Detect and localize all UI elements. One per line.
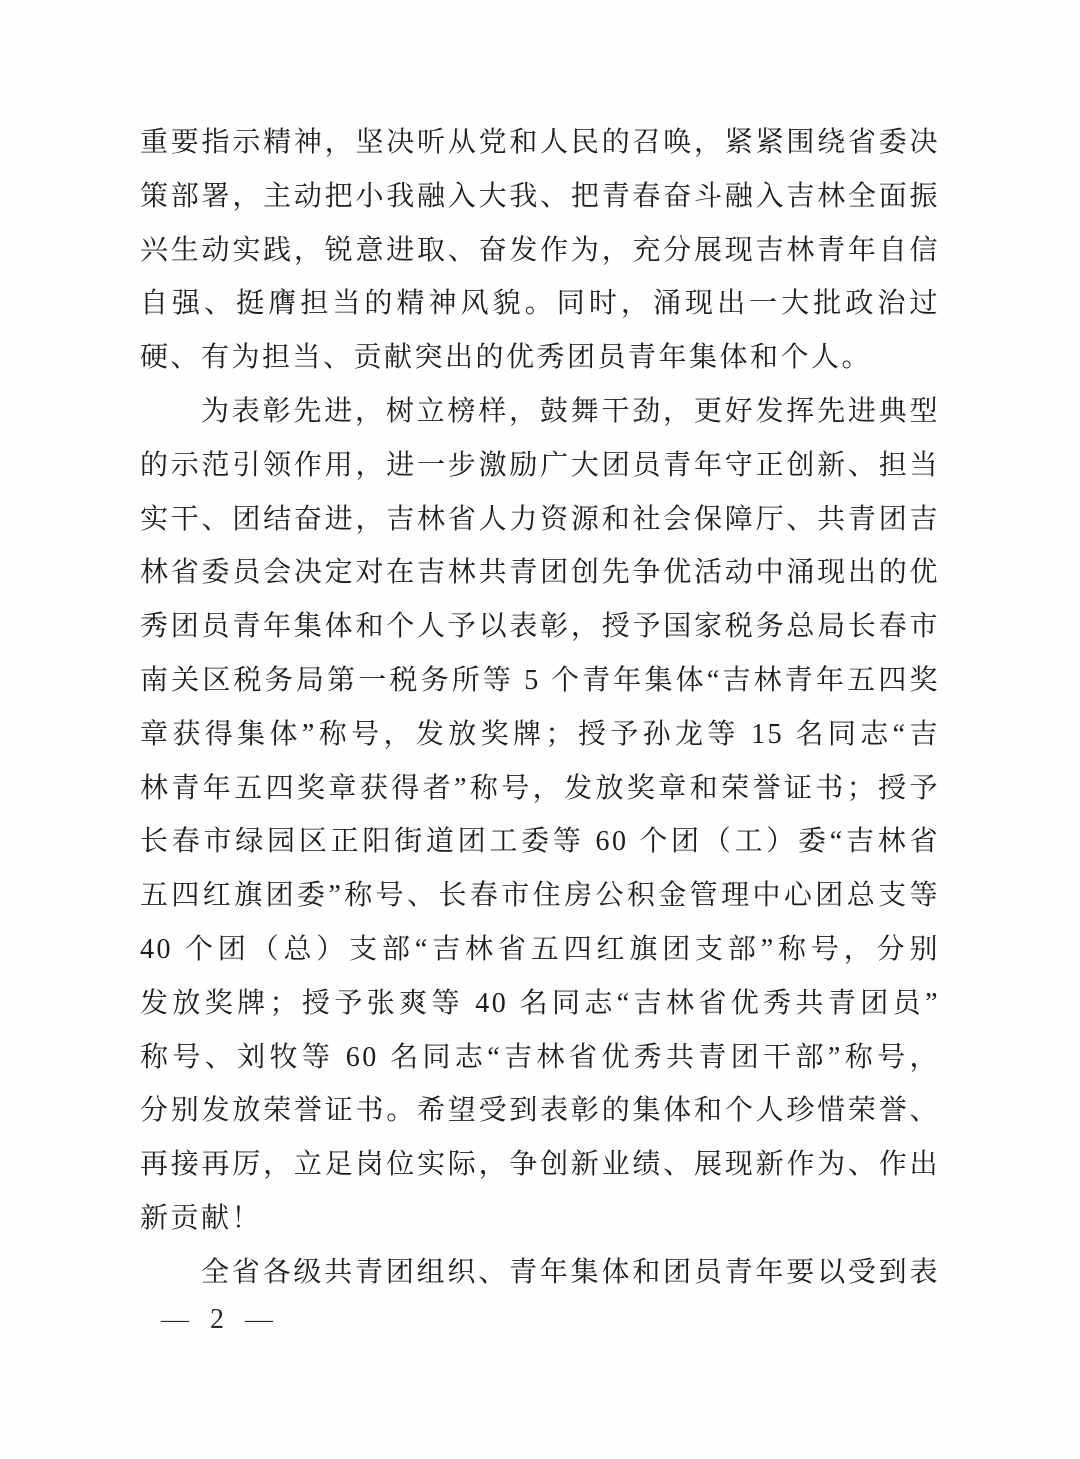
text-line: 为表彰先进，树立榜样，鼓舞干劲，更好发挥先进典型 bbox=[140, 385, 940, 439]
document-body: 重要指示精神，坚决听从党和人民的召唤，紧紧围绕省委决策部署，主动把小我融入大我、… bbox=[140, 116, 940, 1300]
text-line: 策部署，主动把小我融入大我、把青春奋斗融入吉林全面振 bbox=[140, 170, 940, 224]
text-line: 林青年五四奖章获得者”称号，发放奖章和荣誉证书；授予 bbox=[140, 762, 940, 816]
text-line: 称号、刘牧等 60 名同志“吉林省优秀共青团干部”称号， bbox=[140, 1031, 940, 1085]
text-line: 重要指示精神，坚决听从党和人民的召唤，紧紧围绕省委决 bbox=[140, 116, 940, 170]
document-page: 重要指示精神，坚决听从党和人民的召唤，紧紧围绕省委决策部署，主动把小我融入大我、… bbox=[0, 0, 1080, 1459]
text-line: 分别发放荣誉证书。希望受到表彰的集体和个人珍惜荣誉、 bbox=[140, 1084, 940, 1138]
text-line: 实干、团结奋进，吉林省人力资源和社会保障厅、共青团吉 bbox=[140, 493, 940, 547]
text-line: 发放奖牌；授予张爽等 40 名同志“吉林省优秀共青团员” bbox=[140, 977, 940, 1031]
text-line: 40 个团（总）支部“吉林省五四红旗团支部”称号，分别 bbox=[140, 923, 940, 977]
text-line: 新贡献！ bbox=[140, 1192, 940, 1246]
text-line: 长春市绿园区正阳街道团工委等 60 个团（工）委“吉林省 bbox=[140, 815, 940, 869]
text-line: 五四红旗团委”称号、长春市住房公积金管理中心团总支等 bbox=[140, 869, 940, 923]
text-line: 章获得集体”称号，发放奖牌；授予孙龙等 15 名同志“吉 bbox=[140, 708, 940, 762]
page-number: — 2 — bbox=[161, 1304, 273, 1336]
page-number-value: 2 bbox=[210, 1304, 224, 1336]
text-line: 再接再厉，立足岗位实际，争创新业绩、展现新作为、作出 bbox=[140, 1138, 940, 1192]
text-line: 兴生动实践，锐意进取、奋发作为，充分展现吉林青年自信 bbox=[140, 224, 940, 278]
text-line: 硬、有为担当、贡献突出的优秀团员青年集体和个人。 bbox=[140, 331, 940, 385]
text-line: 南关区税务局第一税务所等 5 个青年集体“吉林青年五四奖 bbox=[140, 654, 940, 708]
page-number-dash-left: — bbox=[161, 1307, 189, 1333]
text-line: 林省委员会决定对在吉林共青团创先争优活动中涌现出的优 bbox=[140, 546, 940, 600]
text-line: 全省各级共青团组织、青年集体和团员青年要以受到表 bbox=[140, 1246, 940, 1300]
text-line: 秀团员青年集体和个人予以表彰，授予国家税务总局长春市 bbox=[140, 600, 940, 654]
page-number-dash-right: — bbox=[245, 1307, 273, 1333]
text-line: 的示范引领作用，进一步激励广大团员青年守正创新、担当 bbox=[140, 439, 940, 493]
text-line: 自强、挺膺担当的精神风貌。同时，涌现出一大批政治过 bbox=[140, 277, 940, 331]
